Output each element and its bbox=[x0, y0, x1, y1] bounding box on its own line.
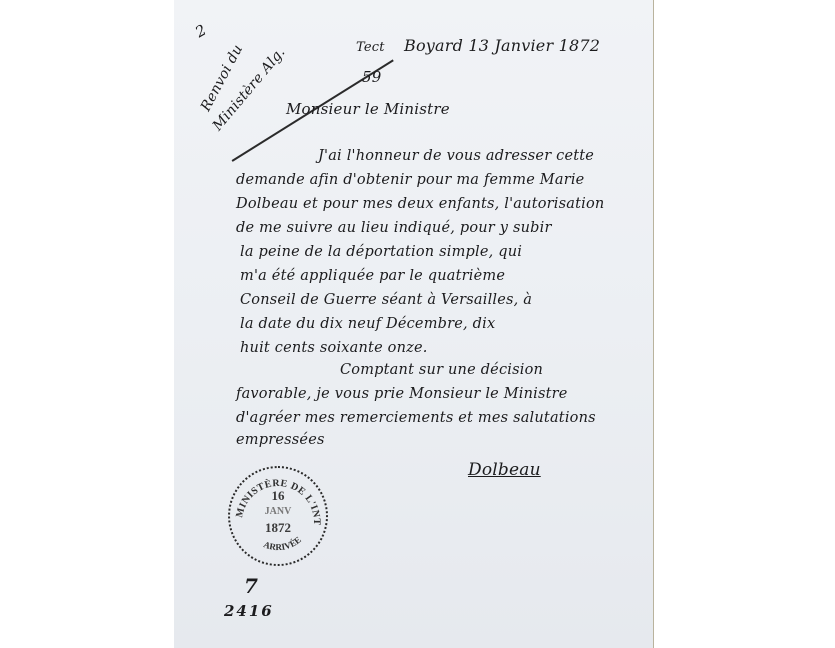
body-line: empressées bbox=[236, 432, 325, 448]
stamp-year: 1872 bbox=[230, 520, 326, 536]
body-line: de me suivre au lieu indiqué, pour y sub… bbox=[236, 220, 552, 236]
body-line: favorable, je vous prie Monsieur le Mini… bbox=[236, 386, 568, 402]
body-line: J'ai l'honneur de vous adresser cette bbox=[318, 148, 594, 164]
classification-number: 59 bbox=[362, 68, 382, 86]
salutation: Monsieur le Ministre bbox=[286, 100, 450, 118]
body-line: huit cents soixante onze. bbox=[240, 340, 428, 356]
body-line: la date du dix neuf Décembre, dix bbox=[240, 316, 495, 332]
svg-text:ARRIVÉE: ARRIVÉE bbox=[262, 534, 303, 552]
body-line: Dolbeau et pour mes deux enfants, l'auto… bbox=[236, 196, 604, 212]
body-line: Comptant sur une décision bbox=[340, 362, 543, 378]
place-date: Boyard 13 Janvier 1872 bbox=[404, 36, 600, 55]
stamp-month: JANV bbox=[230, 506, 326, 517]
body-line: Conseil de Guerre séant à Versailles, à bbox=[240, 292, 532, 308]
ministry-stamp: MINISTÈRE DE L'INTÉRIEUR ARRIVÉE 16 JANV… bbox=[228, 466, 328, 566]
footer-mark: 7 bbox=[244, 574, 258, 598]
reference-number: 2416 bbox=[224, 602, 274, 620]
classification-mark: Tect bbox=[356, 40, 385, 55]
body-line: d'agréer mes remerciements et mes saluta… bbox=[236, 410, 596, 426]
signature: Dolbeau bbox=[468, 460, 541, 480]
body-line: la peine de la déportation simple, qui bbox=[240, 244, 522, 260]
body-line: demande afin d'obtenir pour ma femme Mar… bbox=[236, 172, 584, 188]
stamp-day: 16 bbox=[230, 488, 326, 504]
body-line: m'a été appliquée par le quatrième bbox=[240, 268, 505, 284]
